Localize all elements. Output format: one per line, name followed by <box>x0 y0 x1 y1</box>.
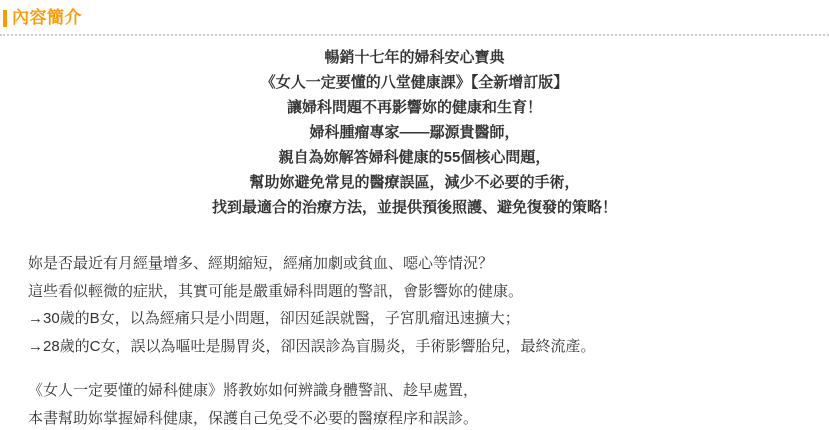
section-title: 內容簡介 <box>12 8 82 28</box>
promo-line-book-title: 《女人一定要懂的八堂健康課》【全新增訂版】 <box>0 70 829 95</box>
promo-line: 找到最適合的治療方法，並提供預後照護、避免復發的策略！ <box>0 195 829 220</box>
content-intro-section: 內容簡介 暢銷十七年的婦科安心寶典 《女人一定要懂的八堂健康課》【全新增訂版】 … <box>0 0 829 430</box>
promo-line: 讓婦科問題不再影響妳的健康和生育！ <box>0 95 829 120</box>
body-text-line-case-c: →28歲的C女，誤以為嘔吐是腸胃炎，卻因誤診為盲腸炎，手術影響胎兒，最終流產。 <box>28 333 809 361</box>
body-text-line: 這些看似輕微的症狀，其實可能是嚴重婦科問題的警訊，會影響妳的健康。 <box>28 278 809 306</box>
body-text-line-case-b: →30歲的B女，以為經痛只是小問題，卻因延誤就醫，子宮肌瘤迅速擴大； <box>28 305 809 333</box>
paragraph-book-benefit: 《女人一定要懂的婦科健康》將教妳如何辨識身體警訊、趁早處置， 本書幫助妳掌握婦科… <box>0 377 829 430</box>
title-accent-bar <box>3 10 7 27</box>
promo-line: 幫助妳避免常見的醫療誤區，減少不必要的手術， <box>0 170 829 195</box>
promo-line: 暢銷十七年的婦科安心寶典 <box>0 45 829 70</box>
promo-line: 親自為妳解答婦科健康的55個核心問題， <box>0 145 829 170</box>
paragraph-symptoms: 妳是否最近有月經量增多、經期縮短，經痛加劇或貧血、噁心等情況？ 這些看似輕微的症… <box>0 250 829 360</box>
dotted-divider <box>0 34 829 36</box>
body-text-line: 《女人一定要懂的婦科健康》將教妳如何辨識身體警訊、趁早處置， <box>28 377 809 405</box>
body-text-line: 本書幫助妳掌握婦科健康，保護自己免受不必要的醫療程序和誤診。 <box>28 405 809 430</box>
body-text-line: 妳是否最近有月經量增多、經期縮短，經痛加劇或貧血、噁心等情況？ <box>28 250 809 278</box>
promo-line-author: 婦科腫瘤專家——鄢源貴醫師， <box>0 120 829 145</box>
promo-block: 暢銷十七年的婦科安心寶典 《女人一定要懂的八堂健康課》【全新增訂版】 讓婦科問題… <box>0 45 829 220</box>
section-header: 內容簡介 <box>0 0 829 28</box>
